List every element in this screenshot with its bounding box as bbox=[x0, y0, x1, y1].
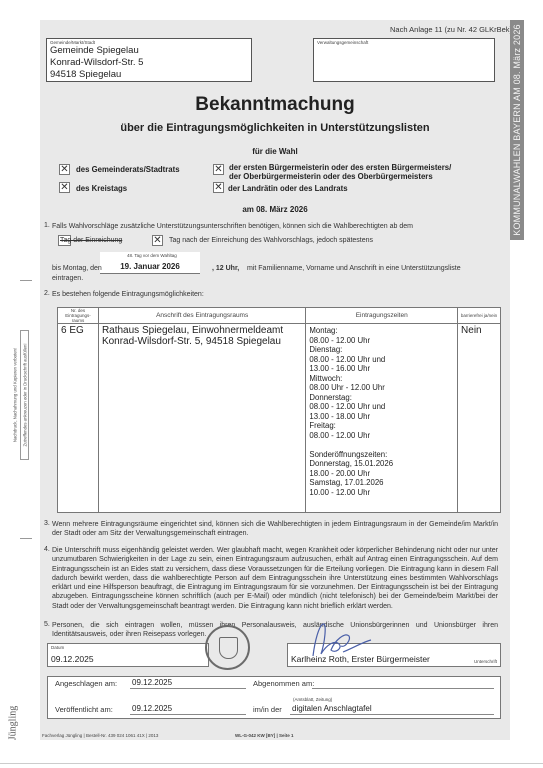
section-3-number: 3. bbox=[44, 520, 50, 527]
schedule-line: Mittwoch: bbox=[309, 374, 454, 384]
side-notice: Nachdruck, Nachahmung und Kopieren verbo… bbox=[8, 330, 30, 460]
check-x-icon: ✕ bbox=[153, 235, 161, 246]
section-1-text: Falls Wahlvorschläge zusätzliche Unterst… bbox=[52, 222, 502, 231]
fold-mark bbox=[20, 538, 32, 539]
anschrift-line-2: Konrad-Wilsdorf-Str. 5, 94518 Spiegelau bbox=[102, 336, 302, 347]
option-tag-einreichung: Tag der Einreichung bbox=[60, 236, 122, 245]
publisher-logo: Jüngling bbox=[6, 705, 20, 741]
datum-field[interactable]: Datum 09.12.2025 bbox=[47, 643, 209, 667]
fill-instruction-text: Zutreffendes ankreuzen oder in Druckschr… bbox=[22, 343, 27, 446]
option-kreistag: des Kreistags bbox=[76, 184, 127, 193]
col-header-barrierefrei: barrierefrei ja/nein bbox=[458, 308, 501, 324]
deadline-date-field[interactable]: 48. Tag vor dem Wahltag 19. Januar 2026 bbox=[100, 252, 200, 274]
veroeffentlicht-label: Veröffentlicht am: bbox=[55, 705, 113, 714]
option-tag-nach-einreichung: Tag nach der Einreichung des Wahlvorschl… bbox=[169, 236, 373, 245]
checkbox-tag-nach-einreichung[interactable]: ✕ bbox=[152, 235, 163, 246]
eintragungsraeume-table: Nr. des Eintragungs-raums Anschrift des … bbox=[57, 307, 501, 513]
copyright-notice: Nachdruck, Nachahmung und Kopieren verbo… bbox=[11, 330, 19, 460]
schedule-line: 08.00 - 12.00 Uhr bbox=[309, 336, 454, 346]
gemeinde-field[interactable]: Gemeinde/Markt/Stadt Gemeinde Spiegelau … bbox=[46, 38, 252, 82]
section-4-text: Die Unterschrift muss eigenhändig geleis… bbox=[52, 546, 498, 611]
abgenommen-field[interactable] bbox=[312, 678, 494, 689]
option-buergermeister-line1: der ersten Bürgermeisterin oder des erst… bbox=[229, 163, 451, 172]
checkbox-landrat[interactable]: ✕ bbox=[213, 182, 224, 193]
cell-zeiten: Montag:08.00 - 12.00 UhrDienstag:08.00 -… bbox=[306, 324, 458, 513]
anschrift-line-1: Rathaus Spiegelau, Einwohnermeldeamt bbox=[102, 325, 302, 336]
schedule-line: 08.00 - 12.00 Uhr und bbox=[309, 355, 454, 365]
schedule-line: Dienstag: bbox=[309, 345, 454, 355]
col-header-anschrift: Anschrift des Eintragungsraums bbox=[98, 308, 305, 324]
checkbox-kreistag[interactable]: ✕ bbox=[59, 182, 70, 193]
election-side-banner: KOMMUNALWAHLEN BAYERN AM 08. März 2026 bbox=[510, 20, 524, 240]
signature-row: Datum 09.12.2025 Karlheinz Roth, Erster … bbox=[47, 643, 501, 667]
side-banner-text: KOMMUNALWAHLEN BAYERN AM 08. März 2026 bbox=[512, 24, 522, 236]
section-2-number: 2. bbox=[44, 290, 50, 297]
section-4-number: 4. bbox=[44, 546, 50, 553]
document-subtitle: über die Eintragungsmöglichkeiten in Unt… bbox=[40, 122, 510, 134]
imin-label: im/in der bbox=[253, 705, 282, 714]
footer-publisher: Fachverlag Jüngling | Bestell-Nr. 439 02… bbox=[42, 733, 158, 738]
schedule-line: Donnerstag, 15.01.2026 bbox=[309, 459, 454, 469]
abgenommen-label: Abgenommen am: bbox=[253, 679, 314, 688]
section-1-number: 1. bbox=[44, 222, 50, 229]
check-x-icon: ✕ bbox=[214, 164, 222, 175]
section-5-text: Personen, die sich eintragen wollen, müs… bbox=[52, 621, 498, 640]
datum-value: 09.12.2025 bbox=[51, 654, 94, 664]
publication-box: Angeschlagen am: 09.12.2025 Abgenommen a… bbox=[47, 676, 501, 719]
section-3-text: Wenn mehrere Eintragungsräume eingericht… bbox=[52, 520, 498, 539]
schedule-line: Freitag: bbox=[309, 421, 454, 431]
schedule-line: Samstag, 17.01.2026 bbox=[309, 478, 454, 488]
schedule-line: 13.00 - 18.00 Uhr bbox=[309, 412, 454, 422]
check-x-icon: ✕ bbox=[60, 164, 68, 175]
cell-barrierefrei: Nein bbox=[458, 324, 501, 513]
col-header-nr: Nr. des Eintragungs-raums bbox=[58, 308, 99, 324]
option-gemeinderat: des Gemeinderats/Stadtrats bbox=[76, 165, 180, 174]
handwritten-signature-icon bbox=[305, 622, 375, 658]
anlage-reference: Nach Anlage 11 (zu Nr. 42 GLKrBek) bbox=[390, 25, 512, 34]
fill-instruction: Zutreffendes ankreuzen oder in Druckschr… bbox=[20, 330, 29, 460]
section-1-text-b: mit Familienname, Vorname und Anschrift … bbox=[247, 264, 461, 273]
option-landrat: der Landrätin oder des Landrats bbox=[228, 184, 348, 193]
gemeinde-line-1: Gemeinde Spiegelau bbox=[50, 45, 143, 57]
medium-hint: (Amtsblatt, Zeitung) bbox=[293, 697, 332, 702]
cell-nr: 6 EG bbox=[58, 324, 99, 513]
option-buergermeister: der ersten Bürgermeisterin oder des erst… bbox=[229, 163, 451, 181]
check-x-icon: ✕ bbox=[214, 182, 222, 193]
schedule-line: 18.00 - 20.00 Uhr bbox=[309, 469, 454, 479]
schedule-line: 08.00 - 12.00 Uhr bbox=[309, 431, 454, 441]
schedule-line: Montag: bbox=[309, 326, 454, 336]
copyright-notice-text: Nachdruck, Nachahmung und Kopieren verbo… bbox=[13, 348, 18, 442]
option-buergermeister-line2: der Oberbürgermeisterin oder des Oberbür… bbox=[229, 172, 451, 181]
page-bottom-rule bbox=[0, 763, 543, 764]
official-seal-icon bbox=[205, 625, 250, 670]
datum-label: Datum bbox=[51, 645, 64, 650]
section-1-text-c: eintragen. bbox=[52, 274, 83, 283]
bis-label: bis Montag, den bbox=[52, 264, 102, 273]
wahl-label: für die Wahl bbox=[40, 147, 510, 156]
section-5-number: 5. bbox=[44, 621, 50, 628]
table-header-row: Nr. des Eintragungs-raums Anschrift des … bbox=[58, 308, 501, 324]
schedule-line: 13.00 - 16.00 Uhr bbox=[309, 364, 454, 374]
checkbox-buergermeister[interactable]: ✕ bbox=[213, 164, 224, 175]
table-row: 6 EG Rathaus Spiegelau, Einwohnermeldeam… bbox=[58, 324, 501, 513]
section-2-text: Es bestehen folgende Eintragungsmöglichk… bbox=[52, 290, 204, 299]
gemeinde-line-3: 94518 Spiegelau bbox=[50, 69, 143, 81]
gemeinde-value: Gemeinde Spiegelau Konrad-Wilsdorf-Str. … bbox=[50, 45, 143, 81]
angeschlagen-field[interactable]: 09.12.2025 bbox=[130, 678, 246, 689]
col-header-zeiten: Eintragungszeiten bbox=[306, 308, 458, 324]
schedule-gap bbox=[309, 440, 454, 450]
schedule-line: 08.00 - 12.00 Uhr und bbox=[309, 402, 454, 412]
cell-anschrift: Rathaus Spiegelau, Einwohnermeldeamt Kon… bbox=[98, 324, 305, 513]
deadline-date: 19. Januar 2026 bbox=[100, 262, 200, 271]
publisher-logo-text: Jüngling bbox=[8, 706, 19, 740]
election-date: am 08. März 2026 bbox=[40, 205, 510, 214]
fold-mark bbox=[20, 280, 32, 281]
checkbox-gemeinderat[interactable]: ✕ bbox=[59, 164, 70, 175]
deadline-hint: 48. Tag vor dem Wahltag bbox=[127, 253, 177, 258]
angeschlagen-label: Angeschlagen am: bbox=[55, 679, 117, 688]
uhr-label: , 12 Uhr, bbox=[212, 264, 239, 273]
medium-field[interactable]: digitalen Anschlagtafel bbox=[290, 704, 494, 715]
verwaltungsgemeinschaft-field[interactable]: Verwaltungsgemeinschaft bbox=[313, 38, 495, 82]
schedule-line: 08.00 Uhr - 12.00 Uhr bbox=[309, 383, 454, 393]
schedule-line: Donnerstag: bbox=[309, 393, 454, 403]
document-title: Bekanntmachung bbox=[40, 94, 510, 116]
schedule-line: 10.00 - 12.00 Uhr bbox=[309, 488, 454, 498]
veroeffentlicht-field[interactable]: 09.12.2025 bbox=[130, 704, 246, 715]
check-x-icon: ✕ bbox=[60, 182, 68, 193]
vg-label: Verwaltungsgemeinschaft bbox=[317, 40, 368, 45]
unterschrift-label: Unterschrift bbox=[474, 659, 497, 664]
schedule-line: Sonderöffnungszeiten: bbox=[309, 450, 454, 460]
gemeinde-line-2: Konrad-Wilsdorf-Str. 5 bbox=[50, 57, 143, 69]
footer-form-id: WL-G-042 KW [BY] | Seite 1 bbox=[235, 733, 294, 738]
